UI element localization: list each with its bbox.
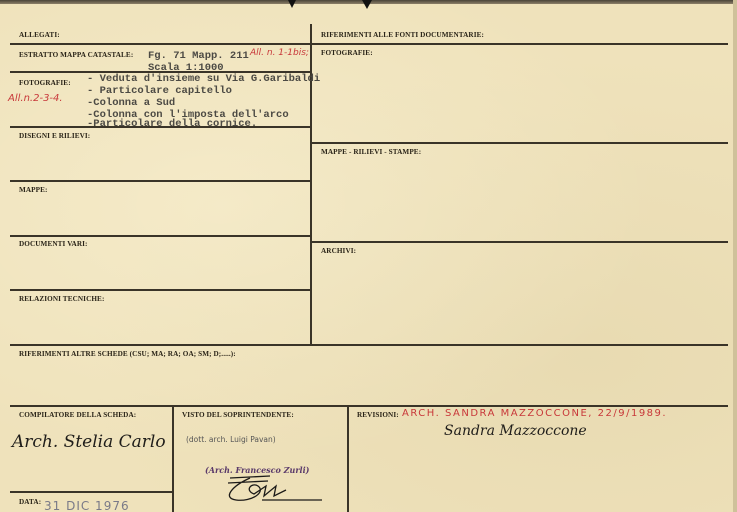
- riferimenti-fonti-label: RIFERIMENTI ALLE FONTI DOCUMENTARIE:: [321, 31, 484, 39]
- footer-divider: [172, 406, 174, 512]
- visto-soprintendente-label: VISTO DEL SOPRINTENDENTE:: [182, 411, 294, 419]
- allegati-label: ALLEGATI:: [19, 31, 60, 39]
- divider: [10, 180, 310, 182]
- revisioni-signature: Sandra Mazzoccone: [444, 423, 587, 439]
- riferimenti-altre-schede-label: RIFERIMENTI ALTRE SCHEDE (CSU; MA; RA; O…: [19, 350, 236, 358]
- mappe-rilievi-stampe-label: MAPPE - RILIEVI - STAMPE:: [321, 148, 421, 156]
- fotografie-item: -Colonna a Sud: [87, 97, 175, 109]
- fotografie-item: -Particolare della cornice.: [87, 118, 257, 130]
- divider: [10, 43, 310, 45]
- column-divider: [310, 24, 312, 344]
- disegni-rilievi-label: DISEGNI E RILIEVI:: [19, 132, 90, 140]
- visto-stamp: (dott. arch. Luigi Pavan): [186, 435, 276, 444]
- fotografie-annotation: All.n.2-3-4.: [8, 93, 63, 104]
- divider: [312, 241, 728, 243]
- divider: [10, 289, 310, 291]
- paper-notch: [288, 0, 296, 8]
- divider: [10, 491, 172, 493]
- divider: [312, 142, 728, 144]
- archivi-label: ARCHIVI:: [321, 247, 356, 255]
- footer-divider: [347, 406, 349, 512]
- paper-notch: [362, 0, 372, 9]
- revisioni-label: REVISIONI:: [357, 411, 399, 419]
- estratto-mappa-label: ESTRATTO MAPPA CATASTALE:: [19, 51, 133, 59]
- estratto-mappa-value: Fg. 71 Mapp. 211: [148, 50, 249, 62]
- mappe-label: MAPPE:: [19, 186, 48, 194]
- fonti-fotografie-label: FOTOGRAFIE:: [321, 49, 373, 57]
- visto-signature-icon: [222, 474, 332, 504]
- data-label: DATA:: [19, 498, 41, 506]
- estratto-annotation: All. n. 1-1bis;: [250, 48, 309, 58]
- paper-right-edge: [733, 0, 737, 512]
- compilatore-label: COMPILATORE DELLA SCHEDA:: [19, 411, 136, 419]
- divider: [10, 344, 728, 346]
- divider: [312, 43, 728, 45]
- divider: [10, 405, 728, 407]
- fotografie-item: - Particolare capitello: [87, 85, 232, 97]
- divider: [10, 235, 310, 237]
- fotografie-label: FOTOGRAFIE:: [19, 79, 71, 87]
- revisioni-value: ARCH. SANDRA MAZZOCCONE, 22/9/1989.: [402, 408, 667, 419]
- fotografie-item: - Veduta d'insieme su Via G.Garibaldi: [87, 73, 320, 85]
- relazioni-tecniche-label: RELAZIONI TECNICHE:: [19, 295, 104, 303]
- compilatore-signature: Arch. Stelia Carlo: [12, 432, 166, 452]
- data-value-stamp: 31 DIC 1976: [44, 499, 130, 512]
- documenti-vari-label: DOCUMENTI VARI:: [19, 240, 88, 248]
